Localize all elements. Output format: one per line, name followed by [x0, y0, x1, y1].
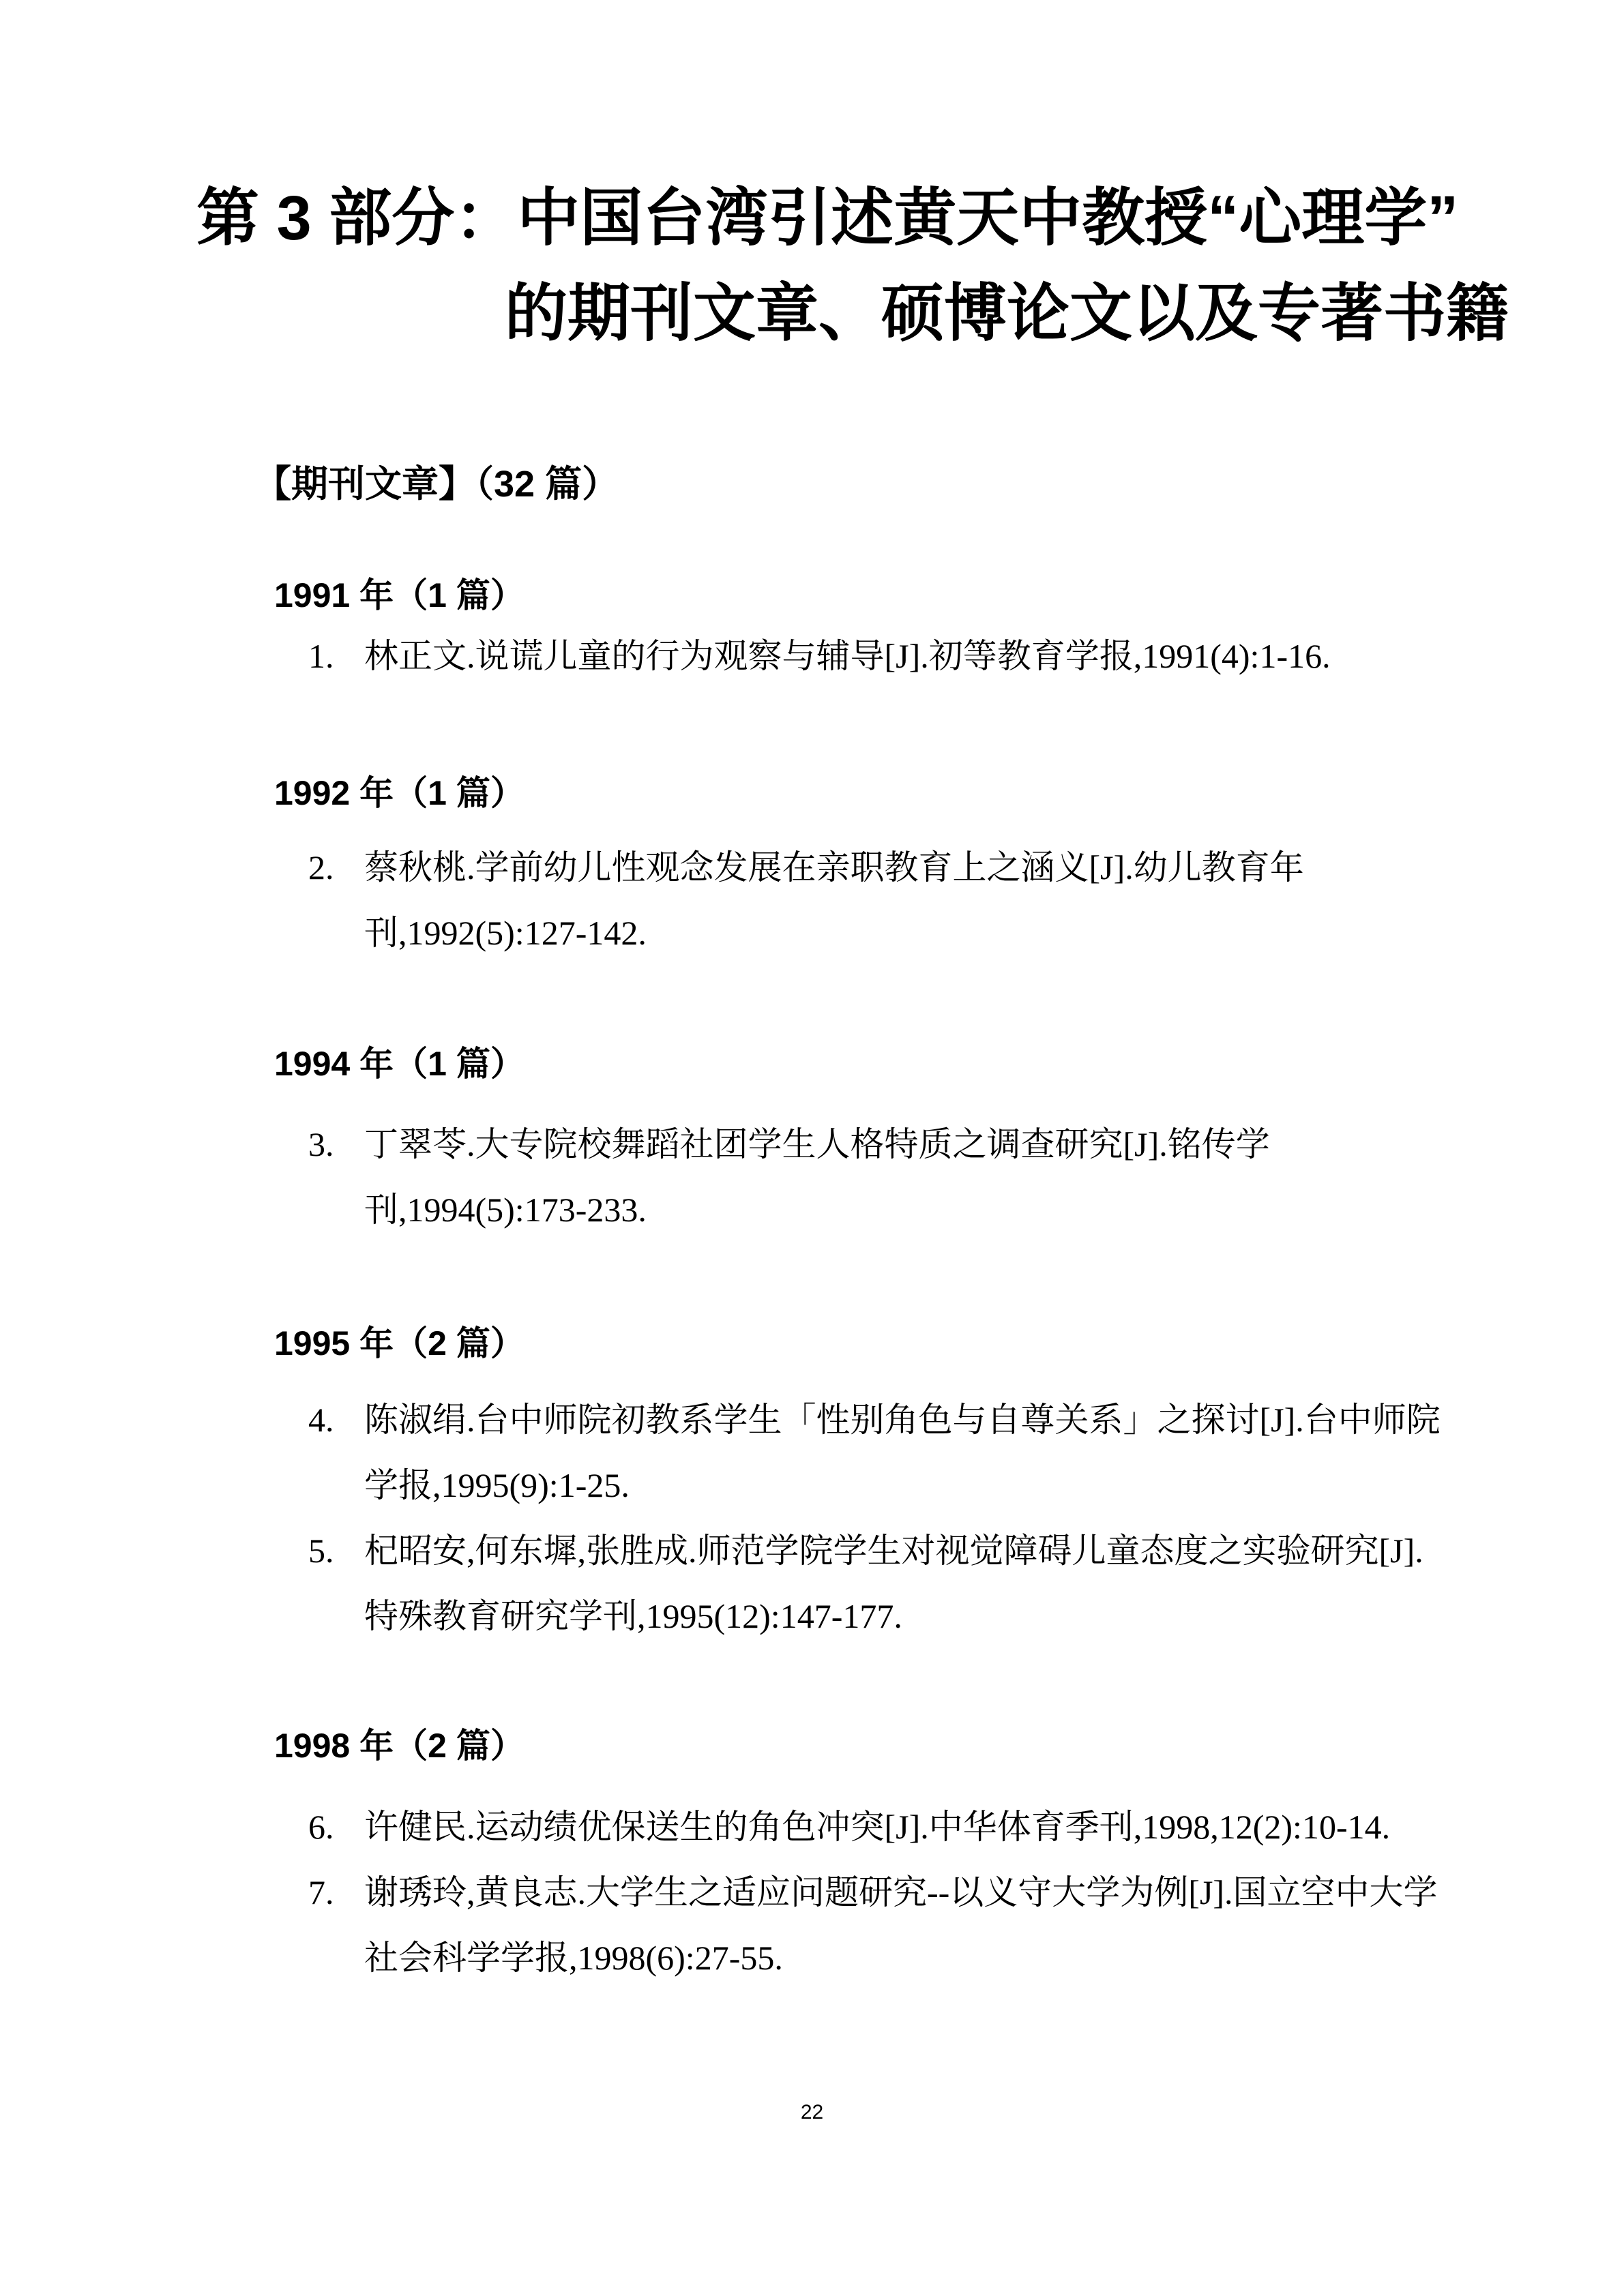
citation-list-1998: 6.许健民.运动绩优保送生的角色冲突[J].中华体育季刊,1998,12(2):… [308, 1794, 1441, 1991]
citation-list-1994: 3.丁翠苓.大专院校舞蹈社团学生人格特质之调查研究[J].铭传学刊,1994(5… [308, 1112, 1441, 1242]
citation-list-1992: 2.蔡秋桃.学前幼儿性观念发展在亲职教育上之涵义[J].幼儿教育年刊,1992(… [308, 835, 1441, 966]
citation-text: 陈淑绢.台中师院初教系学生「性别角色与自尊关系」之探讨[J].台中师院学报,19… [364, 1401, 1441, 1504]
citation-list-1991: 1.林正文.说谎儿童的行为观察与辅导[J].初等教育学报,1991(4):1-1… [308, 623, 1441, 689]
page-number: 22 [0, 2100, 1624, 2125]
citation-item-6: 6.许健民.运动绩优保送生的角色冲突[J].中华体育季刊,1998,12(2):… [308, 1794, 1441, 1860]
citation-item-2: 2.蔡秋桃.学前幼儿性观念发展在亲职教育上之涵义[J].幼儿教育年刊,1992(… [308, 835, 1441, 966]
section-heading-journal-articles: 【期刊文章】（32 篇） [254, 462, 619, 507]
citation-number: 6. [308, 1794, 364, 1860]
citation-item-1: 1.林正文.说谎儿童的行为观察与辅导[J].初等教育学报,1991(4):1-1… [308, 623, 1441, 689]
document-title-line1: 第 3 部分：中国台湾引述黄天中教授“心理学” [196, 183, 1458, 255]
document-title-line2: 的期刊文章、硕博论文以及专著书籍 [505, 278, 1509, 351]
citation-number: 2. [308, 835, 364, 900]
year-heading-1992: 1992 年（1 篇） [274, 773, 525, 814]
citation-list-1995: 4.陈淑绢.台中师院初教系学生「性别角色与自尊关系」之探讨[J].台中师院学报,… [308, 1387, 1441, 1649]
citation-text: 谢琇玲,黄良志.大学生之适应问题研究--以义守大学为例[J].国立空中大学社会科… [364, 1873, 1438, 1977]
citation-text: 杞昭安,何东墀,张胜成.师范学院学生对视觉障碍儿童态度之实验研究[J].特殊教育… [364, 1532, 1423, 1635]
year-heading-1998: 1998 年（2 篇） [274, 1725, 525, 1766]
citation-text: 林正文.说谎儿童的行为观察与辅导[J].初等教育学报,1991(4):1-16. [364, 637, 1331, 675]
citation-item-7: 7.谢琇玲,黄良志.大学生之适应问题研究--以义守大学为例[J].国立空中大学社… [308, 1860, 1441, 1991]
citation-number: 3. [308, 1112, 364, 1177]
citation-text: 许健民.运动绩优保送生的角色冲突[J].中华体育季刊,1998,12(2):10… [364, 1808, 1390, 1846]
citation-item-4: 4.陈淑绢.台中师院初教系学生「性别角色与自尊关系」之探讨[J].台中师院学报,… [308, 1387, 1441, 1518]
citation-item-3: 3.丁翠苓.大专院校舞蹈社团学生人格特质之调查研究[J].铭传学刊,1994(5… [308, 1112, 1441, 1242]
citation-number: 7. [308, 1860, 364, 1925]
citation-text: 丁翠苓.大专院校舞蹈社团学生人格特质之调查研究[J].铭传学刊,1994(5):… [364, 1125, 1270, 1229]
citation-text: 蔡秋桃.学前幼儿性观念发展在亲职教育上之涵义[J].幼儿教育年刊,1992(5)… [364, 848, 1304, 952]
citation-number: 1. [308, 623, 364, 689]
year-heading-1994: 1994 年（1 篇） [274, 1043, 525, 1084]
document-page: 第 3 部分：中国台湾引述黄天中教授“心理学” 的期刊文章、硕博论文以及专著书籍… [0, 0, 1624, 2296]
citation-item-5: 5.杞昭安,何东墀,张胜成.师范学院学生对视觉障碍儿童态度之实验研究[J].特殊… [308, 1518, 1441, 1649]
year-heading-1991: 1991 年（1 篇） [274, 575, 525, 616]
year-heading-1995: 1995 年（2 篇） [274, 1323, 525, 1364]
citation-number: 4. [308, 1387, 364, 1452]
citation-number: 5. [308, 1518, 364, 1583]
